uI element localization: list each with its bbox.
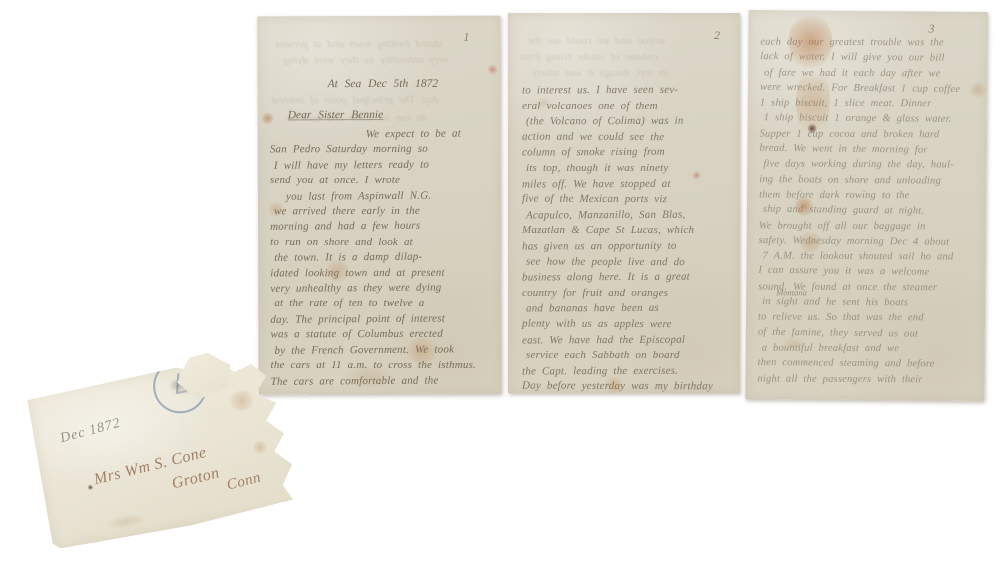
handwritten-line: country for fruit and oranges	[522, 286, 734, 302]
envelope: Dec 1872 Mrs Wm S. Cone Groton Conn	[26, 350, 302, 549]
letter-page-2: action and we could see the column of sm…	[508, 13, 740, 393]
handwritten-line: action and we could see the	[522, 129, 734, 145]
handwritten-line: I will have my letters ready to	[274, 157, 495, 174]
foxing-stain	[262, 112, 274, 124]
handwritten-line: at the rate of ten to twelve a	[274, 296, 495, 311]
letter-body-page-2: to interest us. I have seen sev-eral vol…	[522, 83, 734, 393]
handwritten-line: to run on shore and look at	[270, 235, 495, 250]
bleedthrough-ghost-line: day. The principal point of interest	[272, 94, 439, 107]
bleedthrough-ghost-line: very unhealthy as they were dying	[283, 54, 448, 67]
handwritten-line: 1 ship biscuit 1 orange & glass water.	[764, 111, 981, 128]
handwritten-line: We expect to be at	[366, 126, 495, 142]
handwritten-line: send you at once. I wrote	[270, 173, 495, 188]
handwritten-line: its top, though it was ninety	[526, 161, 734, 177]
handwritten-line: east. We have had the Episcopal	[522, 332, 734, 349]
interlined-word: Montana	[776, 287, 807, 297]
handwritten-line: We brought off all our baggage in	[759, 218, 980, 234]
bleedthrough-ghost-line: idated looking town and at present	[275, 38, 443, 51]
ink-spot	[87, 484, 94, 491]
handwritten-line: night all the passengers with their	[757, 371, 978, 387]
handwritten-line: to interest us. I have seen sev-	[522, 83, 734, 100]
foxing-stain	[488, 64, 498, 76]
handwritten-line: Mazatlan & Cape St Lucas, which	[522, 223, 734, 239]
handwritten-line: morning and had a few hours	[270, 219, 495, 236]
page-number: 2	[714, 28, 720, 43]
handwritten-line: I can assure you it was a welcome	[758, 263, 979, 281]
handwritten-line: of the famine, they served us out	[758, 324, 979, 342]
address-state: Conn	[225, 470, 263, 495]
handwritten-line: of fare we had it each day after we	[764, 65, 981, 81]
foxing-stain	[252, 439, 268, 455]
handwritten-line: Acapulco, Manzanillo, San Blas,	[526, 207, 734, 224]
handwritten-line: the town. It is a damp dilap-	[274, 249, 495, 266]
handwritten-line: very unhealthy as they were dying	[270, 280, 495, 297]
handwritten-line: was a statute of Columbus erected	[270, 327, 495, 343]
bleedthrough-ghost-line: column of smoke rising from	[520, 51, 657, 63]
handwritten-line: idated looking town and at present	[270, 265, 495, 281]
handwritten-line: ing the boats on shore and unloading	[759, 172, 980, 189]
handwritten-line: see how the people live and do	[526, 254, 734, 270]
letter-body-page-1: We expect to be atSan Pedro Saturday mor…	[270, 127, 496, 390]
handwritten-line: service each Sabbath on board	[526, 348, 734, 364]
handwritten-line: The cars are comfortable and the	[271, 373, 496, 390]
foxing-stain	[103, 511, 149, 532]
handwritten-line: column of smoke rising from	[522, 145, 734, 162]
handwritten-line: the Capt. leading the exercises.	[522, 363, 734, 380]
bleedthrough-ghost-line: its top, though it was ninety	[532, 67, 669, 79]
envelope-face: Dec 1872 Mrs Wm S. Cone Groton Conn	[26, 350, 302, 549]
handwritten-line: Day before yesterday was my birthday	[522, 379, 734, 393]
handwritten-line: a bountiful breakfast and we	[762, 341, 979, 357]
handwritten-line: five days working during the day, haul-	[763, 157, 980, 173]
handwritten-line: business along here. It is a great	[522, 270, 734, 287]
handwritten-line: (the Volcano of Colima) was in	[526, 114, 734, 131]
handwritten-line: then commenced steaming and before	[758, 355, 979, 372]
handwritten-line: by the French Government. We took	[274, 342, 495, 359]
handwritten-line: ship and standing guard at night.	[763, 202, 980, 220]
letter-page-1: idated looking town and at present very …	[257, 16, 501, 395]
handwritten-line: 1 ship biscuit, 1 slice meat. Dinner	[760, 96, 981, 112]
handwritten-line: miles off. We have stopped at	[522, 176, 734, 193]
handwritten-line: to relieve us. So that was the end	[758, 310, 979, 326]
letter-page-3: 3 each day our greatest trouble was thel…	[745, 10, 987, 401]
handwritten-line: has given us an opportunity to	[522, 238, 734, 255]
handwritten-line: day. The principal point of interest	[270, 311, 495, 328]
handwritten-line: lack of water. I will give you our bill	[760, 49, 981, 66]
bleedthrough-ghost-line: action and we could see the	[528, 35, 665, 47]
docket-note: Dec 1872	[59, 416, 123, 448]
handwritten-line: eral volcanoes one of them	[522, 99, 734, 115]
handwritten-line: safety. Wednesday morning Dec 4 about	[759, 233, 980, 250]
handwritten-line: San Pedro Saturday morning so	[270, 142, 495, 158]
handwritten-line: five of the Mexican ports viz	[522, 192, 734, 208]
handwritten-line: plenty with us as apples were	[522, 317, 734, 333]
handwritten-line: the cars at 11 a.m. to cross the isthmus…	[271, 358, 496, 373]
letter-salutation: Dear Sister Bennie	[288, 109, 384, 121]
foxing-stain	[227, 389, 256, 413]
letter-photo: idated looking town and at present very …	[0, 0, 1000, 570]
letter-body-page-3: each day our greatest trouble was thelac…	[757, 34, 981, 388]
page-number: 1	[463, 30, 469, 45]
handwritten-line: and bananas have been as	[526, 301, 734, 318]
letter-dateline: At Sea Dec 5th 1872	[328, 78, 439, 90]
handwritten-line: you last from Aspinwall N.G.	[286, 188, 495, 205]
handwritten-line: each day our greatest trouble was the	[760, 35, 981, 51]
